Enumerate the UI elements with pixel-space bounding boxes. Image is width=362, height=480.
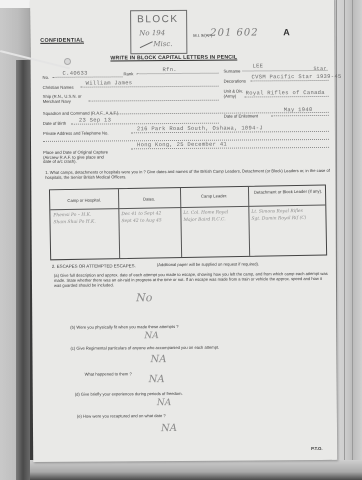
christian-names-label: Christian Names	[43, 86, 74, 91]
question-2c: (c) Give Regimental particulars of anyon…	[70, 345, 219, 351]
stacked-pages-bottom	[30, 460, 362, 480]
field-rule	[131, 147, 329, 149]
page-footer: P.T.O.	[311, 446, 322, 451]
question-2a: (a) Give full description and approx. da…	[54, 271, 330, 288]
section2-heading: 2. ESCAPES OR ATTEMPTED ESCAPES.	[52, 263, 136, 269]
answer-2d: NA	[157, 398, 171, 408]
enlistment-label: Date of Enlistment	[224, 114, 258, 119]
field-rule	[245, 96, 329, 98]
answer-2c: NA	[150, 354, 166, 365]
field-rule	[131, 131, 329, 133]
folder-spine	[16, 60, 30, 480]
stamp-slash-mark	[140, 41, 153, 48]
address-label: Private Address and Telephone No.	[43, 131, 109, 136]
table-header-dates: Dates.	[118, 196, 180, 202]
table-cell-camp-2: Sham Shui Po H.K.	[53, 220, 95, 227]
field-rule	[137, 73, 219, 75]
field-rule	[251, 80, 329, 82]
answer-2c-followup: NA	[149, 374, 165, 385]
reference-number: 201 602	[210, 27, 258, 38]
answer-2a: No	[136, 291, 152, 304]
decorations-label: Decorations	[224, 79, 246, 84]
rank-label: Rank	[124, 72, 134, 77]
capture-label: Place and Date of Original Capture (Airc…	[43, 150, 113, 164]
stamp-number: No 194	[139, 29, 165, 37]
no-label: No.	[43, 76, 50, 81]
page-edge-line	[352, 0, 353, 470]
field-rule	[271, 115, 329, 116]
answer-2e: NA	[161, 423, 177, 434]
surname-label: Surname	[223, 70, 240, 75]
table-header-camp-leader: Camp Leader.	[180, 193, 248, 199]
table-col-divider	[248, 187, 250, 256]
stamp-title: BLOCK	[137, 14, 178, 25]
question-2e: (e) How were you recaptured and on what …	[77, 413, 166, 419]
ship-label: Ship (R.N., U.S.N. or Merchant Navy	[43, 95, 88, 105]
camps-table: Camp or Hospital. Dates. Camp Leader. De…	[49, 184, 327, 260]
enlistment-value: May 1940	[284, 106, 313, 113]
page-edge-line	[344, 0, 345, 470]
table-cell-leader-2: Major Baird R.C.C.	[183, 217, 225, 224]
table-cell-block-2: Sgt. Dumin Royal Rif (C)	[251, 216, 306, 224]
stamp-note: Misc.	[153, 40, 172, 48]
field-rule	[53, 76, 123, 77]
classification-label: CONFIDENTIAL	[40, 38, 84, 44]
questionnaire-page: CONFIDENTIAL BLOCK No 194 Misc. M.I. 9/(…	[30, 0, 337, 462]
question-2d: (d) Give briefly your experiences during…	[75, 391, 183, 397]
instruction-heading: WRITE IN BLOCK CAPITAL LETTERS IN PENCIL	[110, 55, 237, 62]
form-letter: A	[283, 27, 290, 37]
question-2c-followup: What happened to them ?	[85, 371, 132, 376]
table-header-block-leader: Detachment or Block Leader (if any).	[253, 189, 323, 195]
question-2b: (b) Were you physically fit when you mad…	[70, 324, 178, 330]
dob-label: Date of Birth	[43, 122, 66, 127]
field-rule	[81, 86, 219, 88]
table-header-camp: Camp or Hospital.	[50, 197, 118, 203]
string-knot	[64, 58, 71, 65]
table-cell-dates-2: Sept 42 to Aug 45	[121, 218, 161, 225]
block-stamp: BLOCK No 194 Misc.	[130, 10, 187, 54]
answer-2b: NA	[144, 331, 158, 341]
section2-heading-note: (Additional paper will be supplied on re…	[157, 261, 259, 267]
field-rule	[89, 100, 219, 102]
surname-value: LEE	[252, 62, 263, 69]
section1-question: 1. What camps, detachments or hospitals …	[45, 168, 330, 180]
